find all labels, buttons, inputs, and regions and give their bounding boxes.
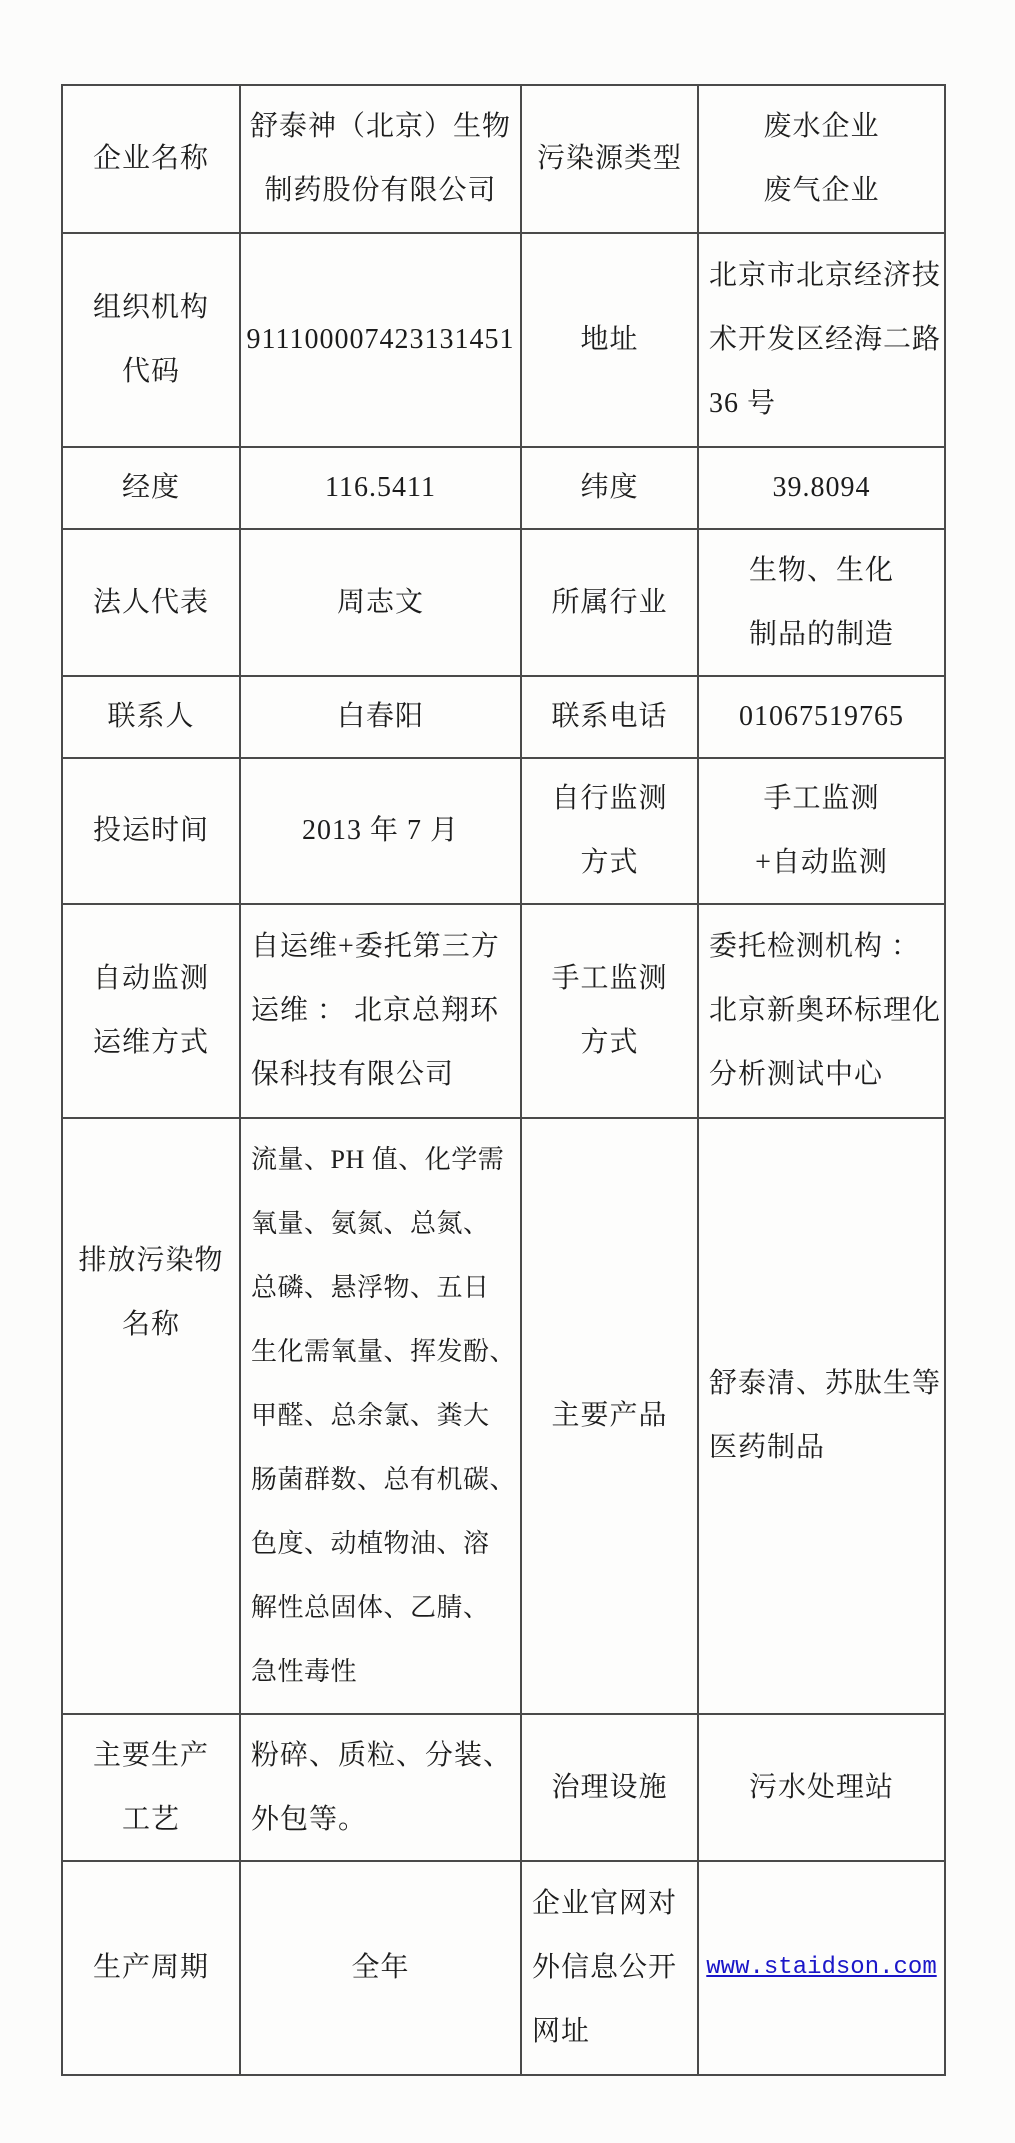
field-label-line: 方式 (580, 1011, 638, 1075)
field-value-line: 北京市北京经济技 (709, 244, 941, 308)
field-label-line: 治理设施 (551, 1756, 667, 1820)
treatment-facility-value: 污水处理站 (699, 1715, 944, 1862)
field-value-line: 污水处理站 (749, 1756, 894, 1820)
self-monitoring-method-label: 自行监测方式 (522, 759, 699, 905)
field-label-line: 污染源类型 (537, 127, 682, 191)
longitude-value: 116.5411 (241, 448, 522, 530)
field-value-line: 舒泰神（北京）生物 (250, 95, 511, 159)
field-value-line: 废水企业 (763, 95, 879, 159)
field-value-line: 术开发区经海二路 (709, 308, 941, 372)
org-code-value: 911100007423131451 (241, 234, 522, 448)
field-value-line: 生化需氧量、挥发酚、 (251, 1320, 516, 1384)
field-value-line: 自运维+委托第三方 (251, 915, 500, 979)
field-label-line: 自行监测 (551, 767, 667, 831)
field-label-line: 名称 (122, 1293, 180, 1357)
field-value-line: 白春阳 (337, 685, 424, 749)
field-label-line: 纬度 (580, 456, 638, 520)
field-label-line: 企业官网对 (532, 1872, 677, 1936)
industry-label: 所属行业 (522, 530, 699, 677)
production-process-value: 粉碎、质粒、分装、外包等。 (241, 1715, 522, 1862)
field-label-line: 组织机构 (93, 276, 209, 340)
company-info-table: 企业名称舒泰神（北京）生物制药股份有限公司污染源类型废水企业废气企业组织机构代码… (61, 84, 946, 2076)
website-link[interactable]: www.staidson.com (706, 1936, 936, 2000)
field-label-line: 地址 (580, 308, 638, 372)
address-value: 北京市北京经济技术开发区经海二路36 号 (699, 234, 944, 448)
field-label-line: 联系人 (107, 685, 194, 749)
field-value-line: 外包等。 (251, 1788, 367, 1852)
main-products-label: 主要产品 (522, 1119, 699, 1715)
production-cycle-label: 生产周期 (63, 1862, 241, 2074)
field-value-line: 色度、动植物油、溶 (251, 1512, 490, 1576)
address-label: 地址 (522, 234, 699, 448)
field-label-line: 法人代表 (93, 571, 209, 635)
field-value-line: 甲醛、总余氯、粪大 (251, 1384, 490, 1448)
field-label-line: 自动监测 (93, 947, 209, 1011)
field-value-line: 2013 年 7 月 (302, 799, 459, 863)
enterprise-name-label: 企业名称 (63, 86, 241, 234)
field-value-line: 废气企业 (763, 159, 879, 223)
field-value-line: 制品的制造 (749, 603, 894, 667)
pollutants-label: 排放污染物名称 (63, 1119, 241, 1715)
field-value-line: 总磷、悬浮物、五日 (251, 1256, 490, 1320)
field-label-line: 手工监测 (551, 947, 667, 1011)
field-value-line: 舒泰清、苏肽生等 (709, 1352, 941, 1416)
operation-start-label: 投运时间 (63, 759, 241, 905)
field-label-line: 企业名称 (93, 127, 209, 191)
field-label-line: 主要产品 (551, 1384, 667, 1448)
field-value-line: 肠菌群数、总有机碳、 (251, 1448, 516, 1512)
field-value-line: 医药制品 (709, 1416, 825, 1480)
contact-person-label: 联系人 (63, 677, 241, 759)
field-label-line: 经度 (122, 456, 180, 520)
field-label-line: 主要生产 (93, 1724, 209, 1788)
website-disclosure-label: 企业官网对外信息公开网址 (522, 1862, 699, 2074)
document-page: { "page": { "background": "#fcfcfb", "bo… (0, 0, 1015, 2143)
field-label-line: 工艺 (122, 1788, 180, 1852)
manual-monitoring-method-label: 手工监测方式 (522, 905, 699, 1119)
production-cycle-value: 全年 (241, 1862, 522, 2074)
field-value-line: 116.5411 (325, 456, 436, 520)
longitude-label: 经度 (63, 448, 241, 530)
pollutants-value: 流量、PH 值、化学需氧量、氨氮、总氮、总磷、悬浮物、五日生化需氧量、挥发酚、甲… (241, 1119, 522, 1715)
contact-phone-label: 联系电话 (522, 677, 699, 759)
field-value-line: 分析测试中心 (709, 1043, 883, 1107)
legal-representative-label: 法人代表 (63, 530, 241, 677)
field-label-line: 运维方式 (93, 1011, 209, 1075)
field-label-line: 联系电话 (551, 685, 667, 749)
field-value-line: 911100007423131451 (247, 308, 515, 372)
field-value-line: 急性毒性 (251, 1640, 357, 1704)
field-label-line: 投运时间 (93, 799, 209, 863)
field-value-line: 生物、生化 (749, 539, 894, 603)
legal-representative-value: 周志文 (241, 530, 522, 677)
pollution-source-type-value: 废水企业废气企业 (699, 86, 944, 234)
field-value-line: 制药股份有限公司 (264, 159, 496, 223)
field-value-line: +自动监测 (755, 831, 888, 895)
field-label-line: 所属行业 (551, 571, 667, 635)
latitude-value: 39.8094 (699, 448, 944, 530)
operation-start-value: 2013 年 7 月 (241, 759, 522, 905)
field-value-line: 手工监测 (763, 767, 879, 831)
field-value-line: 36 号 (709, 372, 776, 436)
field-value-line: 粉碎、质粒、分装、 (251, 1724, 512, 1788)
field-label-line: 方式 (580, 831, 638, 895)
field-label-line: 网址 (532, 2000, 590, 2064)
org-code-label: 组织机构代码 (63, 234, 241, 448)
self-monitoring-method-value: 手工监测+自动监测 (699, 759, 944, 905)
field-label-line: 生产周期 (93, 1936, 209, 2000)
enterprise-name-value: 舒泰神（北京）生物制药股份有限公司 (241, 86, 522, 234)
field-value-line: 保科技有限公司 (251, 1043, 454, 1107)
field-value-line: 39.8094 (773, 456, 871, 520)
field-value-line: 北京新奥环标理化 (709, 979, 941, 1043)
pollution-source-type-label: 污染源类型 (522, 86, 699, 234)
auto-monitoring-om-value: 自运维+委托第三方运维 ： 北京总翔环保科技有限公司 (241, 905, 522, 1119)
industry-value: 生物、生化制品的制造 (699, 530, 944, 677)
website-disclosure-value: www.staidson.com (699, 1862, 944, 2074)
latitude-label: 纬度 (522, 448, 699, 530)
field-value-line: 周志文 (337, 571, 424, 635)
contact-phone-value: 01067519765 (699, 677, 944, 759)
field-value-line: 01067519765 (739, 685, 904, 749)
field-value-line: 流量、PH 值、化学需 (251, 1128, 504, 1192)
field-value-line: 氧量、氨氮、总氮、 (251, 1192, 490, 1256)
field-value-line: 运维 ： 北京总翔环 (251, 979, 499, 1043)
manual-monitoring-method-value: 委托检测机构 ：北京新奥环标理化分析测试中心 (699, 905, 944, 1119)
contact-person-value: 白春阳 (241, 677, 522, 759)
field-label-line: 外信息公开 (532, 1936, 677, 2000)
field-label-line: 排放污染物 (78, 1229, 223, 1293)
treatment-facility-label: 治理设施 (522, 1715, 699, 1862)
field-value-line: 委托检测机构 ： (709, 915, 920, 979)
field-value-line: 解性总固体、乙腈、 (251, 1576, 490, 1640)
field-value-line: 全年 (351, 1936, 409, 2000)
field-label-line: 代码 (122, 340, 180, 404)
main-products-value: 舒泰清、苏肽生等医药制品 (699, 1119, 944, 1715)
production-process-label: 主要生产工艺 (63, 1715, 241, 1862)
auto-monitoring-om-label: 自动监测运维方式 (63, 905, 241, 1119)
